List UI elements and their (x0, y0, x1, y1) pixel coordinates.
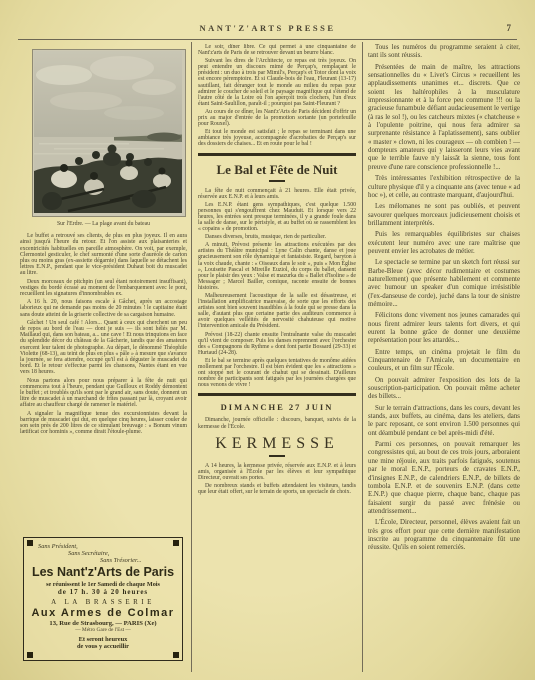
paragraph: On pouvait admirer l'exposition des lots… (368, 377, 520, 402)
paragraph: Nous partons alors pour nous préparer à … (20, 378, 187, 409)
right-column: Tous les numéros du programme seraient à… (368, 44, 520, 672)
paragraph: A 16 h. 20, nous faisons escale à Gâchet… (20, 299, 187, 318)
boat-photo-image (34, 51, 182, 213)
paragraph: Deux morceaux de pitchpin (un seul étant… (20, 279, 187, 298)
ad-address: 13, Rue de Strasbourg, — PARIS (Xe) (24, 620, 182, 627)
ad-metro-line: — Métro Gare de l'Est — (24, 627, 182, 633)
paragraph: Prévost (18-22) chante ensuite l'entraîn… (198, 332, 356, 356)
column-divider (191, 42, 192, 672)
photo-frame (32, 49, 186, 217)
paragraph: A minuit, Prévost présente les attractio… (198, 242, 356, 291)
corner-mark (27, 540, 33, 546)
section-divider (198, 153, 356, 156)
ad-hours-line: de 17 h. 30 à 20 heures (24, 588, 182, 596)
ad-closing-line: Et seront heureux (24, 636, 182, 643)
paragraph: Présentées de main de maître, les attrac… (368, 64, 520, 172)
ad-meeting-line: se réunissent le 1er Samedi de chaque Mo… (24, 581, 182, 588)
corner-mark (173, 652, 179, 658)
header-rule (18, 39, 517, 40)
heading-dash (269, 180, 285, 182)
paragraph: Les mélomanes ne sont pas oubliés, et pe… (368, 203, 520, 228)
middle-column: Le soir, dîner libre. Ce qui permet à un… (198, 44, 356, 672)
section-title-bal: Le Bal et Fête de Nuit (198, 162, 356, 178)
ad-script-line: Sans Secrétaire, (68, 550, 182, 557)
heading-dash (269, 455, 285, 457)
page-number: 7 (507, 23, 512, 33)
paragraph: Félicitons donc vivement nos jeunes cama… (368, 312, 520, 345)
paragraph: A signaler la magnifique tenue des excur… (20, 411, 187, 436)
section-divider (198, 393, 356, 396)
paragraph: Gâchet ! Un seul café ! Alors... Quant à… (20, 320, 187, 376)
section-title-kermesse: KERMESSE (198, 435, 356, 453)
paragraph: De nombreux stands et buffets attendaien… (198, 483, 356, 495)
ad-title: Les Nant'z'Arts de Paris (24, 565, 182, 579)
paragraph: Malheureusement l'acoustique de la salle… (198, 293, 356, 330)
ad-brasserie-line: A LA BRASSERIE (24, 598, 182, 606)
page-title: NANT'Z'ARTS PRESSE (0, 23, 535, 33)
paragraph: Suivant les dires de l'Architecte, ce re… (198, 58, 356, 107)
paragraph: Tous les numéros du programme seraient à… (368, 44, 520, 61)
paragraph: Les E.N.P. étant gens sympathiques, c'es… (198, 202, 356, 232)
paragraph: A 14 heures, la kermesse privée, réservé… (198, 463, 356, 481)
column-divider (362, 42, 363, 672)
paragraph: Parmi ces personnes, on pouvait remarque… (368, 441, 520, 516)
left-column: Sur l'Erdre. — La plage avant du bateau … (20, 46, 187, 535)
paragraph: Puis les remarquables équilibristes sur … (368, 231, 520, 256)
ad-script-line: Sans Trésorier... (100, 557, 182, 564)
paragraph: Le buffet a retrouvé ses clients, de plu… (20, 233, 187, 276)
paragraph: Entre temps, un cinéma projetait le film… (368, 349, 520, 374)
paragraph: Le spectacle se termine par un sketch fo… (368, 259, 520, 309)
corner-mark (173, 540, 179, 546)
paragraph: Au cours de ce dîner, les Nant'z'Arts de… (198, 109, 356, 127)
paragraph: Dimanche, journée officielle : discours,… (198, 417, 356, 429)
paragraph: Danses diverses, bruits, musique, rien d… (198, 234, 356, 240)
photo-caption: Sur l'Erdre. — La plage avant du bateau (20, 221, 187, 227)
paragraph: Et le bal se termine après quelques tent… (198, 358, 356, 388)
ad-venue-name: Aux Armes de Colmar (24, 607, 182, 619)
paragraph: La fête de nuit commençait à 21 heures. … (198, 188, 356, 200)
ad-script-line: Sans Président, (38, 543, 182, 550)
section-title-dimanche: DIMANCHE 27 JUIN (198, 402, 356, 412)
paris-club-ad: Sans Président, Sans Secrétaire, Sans Tr… (23, 537, 183, 661)
paragraph: Et tout le monde est satisfait ; le repa… (198, 129, 356, 147)
corner-mark (27, 652, 33, 658)
ad-closing-line: de vous y accueillir (24, 643, 182, 650)
paragraph: Sur le terrain d'attractions, dans les c… (368, 405, 520, 438)
paragraph: Très intéressantes l'exhibition rétrospe… (368, 175, 520, 200)
paragraph: L'École, Directeur, personnel, élèves av… (368, 519, 520, 552)
paragraph: Le soir, dîner libre. Ce qui permet à un… (198, 44, 356, 56)
